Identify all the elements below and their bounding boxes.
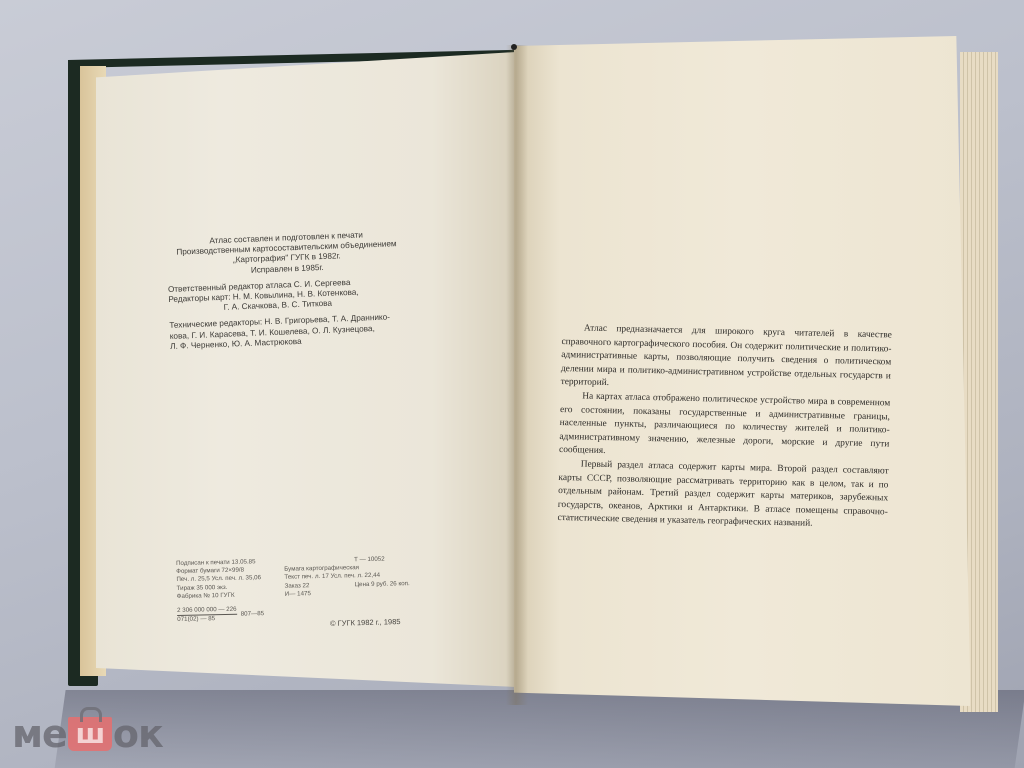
map-editors-label: Редакторы карт: bbox=[168, 293, 230, 304]
price: Цена 9 руб. 26 коп. bbox=[354, 580, 409, 589]
fraction-bottom: 071(02) — 85 bbox=[177, 615, 237, 624]
publication-data: Подписан к печати 13.05.85Т — 10052 Форм… bbox=[176, 555, 417, 624]
fraction-tail: 807—85 bbox=[241, 610, 265, 619]
annotation-paragraph: Первый раздел атласа содержит карты мира… bbox=[557, 458, 888, 533]
photo-scene: Атлас составлен и подготовлен к печати П… bbox=[0, 0, 1024, 768]
watermark-suffix: ок bbox=[113, 712, 163, 756]
code: Т — 10052 bbox=[354, 556, 385, 565]
watermark-prefix: ме bbox=[12, 712, 67, 756]
copyright: © ГУГК 1982 г., 1985 bbox=[330, 617, 401, 628]
index: И— 1475 bbox=[285, 590, 311, 599]
pin-dot bbox=[511, 44, 517, 50]
imprint-block: Атлас составлен и подготовлен к печати П… bbox=[166, 229, 410, 352]
factory: Фабрика № 10 ГУГК bbox=[177, 591, 285, 601]
book-gutter bbox=[506, 45, 528, 705]
order: Заказ 22 bbox=[284, 581, 354, 591]
annotation-text: Атлас предназначается для широкого круга… bbox=[557, 322, 892, 533]
shopping-bag-icon: ш bbox=[68, 717, 112, 751]
meshok-watermark: ме ш ок bbox=[12, 712, 163, 756]
annotation-paragraph: Атлас предназначается для широкого круга… bbox=[560, 322, 891, 397]
annotation-paragraph: На картах атласа отображено политическое… bbox=[559, 390, 890, 465]
watermark-bag-letter: ш bbox=[75, 717, 104, 750]
